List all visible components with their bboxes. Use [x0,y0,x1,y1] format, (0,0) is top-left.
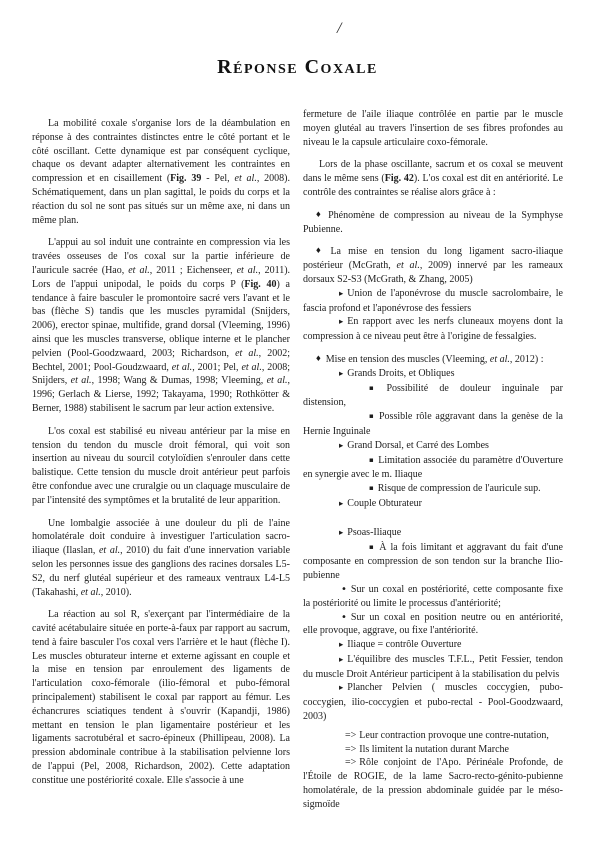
diamond-bullet-icon: ♦ [315,210,324,219]
sub-bullet-item: ▸Plancher Pelvien ( muscles coccygien, p… [303,681,563,723]
sub-bullet-item: ▸Union de l'aponévrose du muscle sacrolo… [303,287,563,316]
double-arrow-marker: => [345,730,356,741]
bullet-text: Psoas-Iliaque [347,527,401,538]
right-column: fermeture de l'aile iliaque contrôlée en… [303,108,563,812]
paragraph-continuation: fermeture de l'aile iliaque contrôlée en… [303,108,563,149]
paragraph: L'os coxal est stabilisé eu niveau antér… [32,425,290,508]
bullet-text: La mise en tension du long ligament sacr… [303,246,563,285]
arrowhead-bullet-icon: ▸ [339,441,343,451]
arrowhead-bullet-icon: ▸ [339,655,343,665]
square-bullet-icon: ▪ [369,543,375,551]
bullet-item: ♦La mise en tension du long ligament sac… [303,245,563,286]
arrowhead-bullet-icon: ▸ [339,317,343,327]
arrow-item: =>Ils limitent la nutation durant Marche [303,743,563,757]
round-bullet-icon: • [341,612,347,623]
bullet-text: Grand Dorsal, et Carré des Lombes [347,440,489,451]
bullet-text: Possible rôle aggravant dans la genèse d… [303,411,563,437]
bullet-text: Risque de compression de l'auricule sup. [378,483,541,494]
sub-bullet-item: ▸Grands Droits, et Obliques [303,367,563,382]
arrowhead-bullet-icon: ▸ [339,640,343,650]
square-bullet-icon: ▪ [369,384,382,392]
square-bullet-icon: ▪ [369,412,375,420]
bullet-text: Iliaque = contrôle Ouverture [347,639,461,650]
bullet-text: Rôle conjoint de l'Apo. Périnéale Profon… [303,757,563,809]
arrowhead-bullet-icon: ▸ [339,528,343,538]
arrowhead-bullet-icon: ▸ [339,289,343,299]
left-column: La mobilité coxale s'organise lors de la… [32,108,290,788]
bullet-text: Ils limitent la nutation durant Marche [359,744,509,755]
bullet-item: ♦Mise en tension des muscles (Vleeming, … [303,353,563,367]
round-bullet-item: •Sur un coxal en position neutre ou en a… [303,611,563,639]
sub-bullet-item: ▸Couple Obturateur [303,497,563,512]
sub-bullet-item: ▸Grand Dorsal, et Carré des Lombes [303,439,563,454]
paragraph: L'appui au sol induit une contrainte en … [32,236,290,415]
round-bullet-icon: • [341,584,347,595]
double-arrow-marker: => [345,744,356,755]
sub-bullet-item: ▸Iliaque = contrôle Ouverture [303,638,563,653]
paragraph: Une lombalgie associée à une douleur du … [32,517,290,600]
round-bullet-item: •Sur un coxal en postériorité, cette com… [303,583,563,611]
bullet-text: À la fois limitant et aggravant du fait … [303,542,563,582]
double-arrow-marker: => [345,757,356,768]
page-title: Réponse Coxale [0,56,595,79]
sub-sub-bullet-item: ▪Risque de compression de l'auricule sup… [303,482,563,497]
paragraph: La mobilité coxale s'organise lors de la… [32,117,290,227]
sub-bullet-item: ▸L'équilibre des muscles T.F.L., Petit F… [303,653,563,682]
bullet-text: Limitation associée du paramètre d'Ouver… [303,455,563,481]
bullet-text: Mise en tension des muscles (Vleeming, e… [326,354,544,365]
arrowhead-bullet-icon: ▸ [339,683,343,693]
paragraph: Lors de la phase oscillante, sacrum et o… [303,158,563,199]
square-bullet-icon: ▪ [369,484,374,492]
arrow-item: =>Rôle conjoint de l'Apo. Périnéale Prof… [303,756,563,811]
arrow-item: =>Leur contraction provoque une contre-n… [303,729,563,743]
sub-bullet-item: ▸Psoas-Iliaque [303,526,563,541]
bullet-text: Couple Obturateur [347,498,422,509]
sub-bullet-item: ▸En rapport avec les nerfs cluneaux moye… [303,315,563,344]
sub-sub-bullet-item: ▪À la fois limitant et aggravant du fait… [303,541,563,583]
sub-sub-bullet-item: ▪Possible rôle aggravant dans la genèse … [303,410,563,439]
arrowhead-bullet-icon: ▸ [339,369,343,379]
diamond-bullet-icon: ♦ [315,354,322,363]
sub-sub-bullet-item: ▪Limitation associée du paramètre d'Ouve… [303,454,563,483]
bullet-text: Grands Droits, et Obliques [347,368,454,379]
bullet-text: Phénomène de compression au niveau de la… [303,210,563,235]
bullet-text: Possibilité de douleur inguinale par dis… [303,383,563,409]
bullet-item: ♦Phénomène de compression au niveau de l… [303,209,563,237]
square-bullet-icon: ▪ [369,456,374,464]
diamond-bullet-icon: ♦ [315,246,326,255]
bullet-text: Leur contraction provoque une contre-nut… [359,730,549,741]
handwritten-slash-mark: / [337,20,341,38]
arrowhead-bullet-icon: ▸ [339,499,343,509]
paragraph: La réaction au sol R, s'exerçant par l'i… [32,608,290,787]
sub-sub-bullet-item: ▪Possibilité de douleur inguinale par di… [303,382,563,411]
